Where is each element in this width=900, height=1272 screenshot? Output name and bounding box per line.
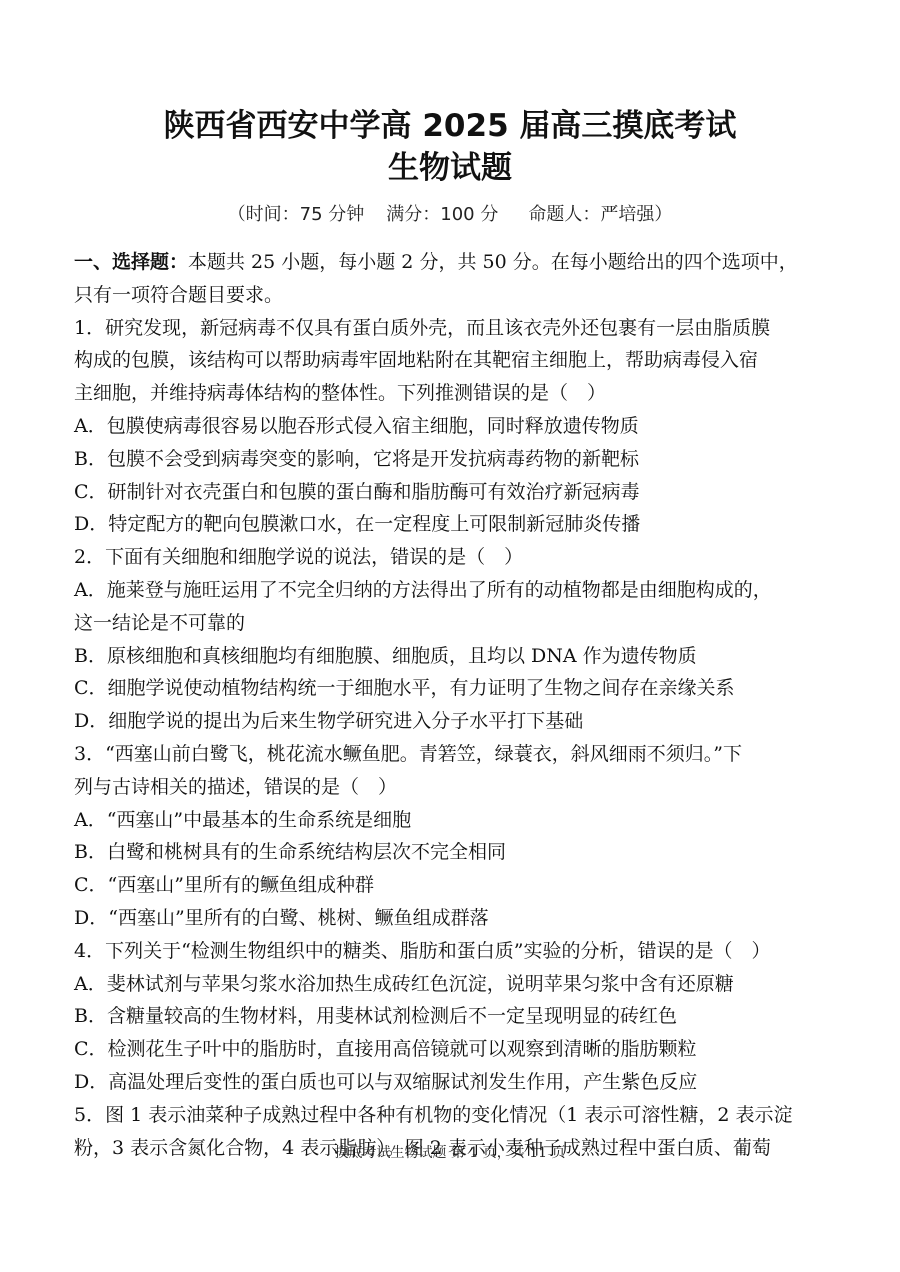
exam-meta: （时间：75 分钟满分：100 分命题人：严培强） bbox=[0, 200, 900, 226]
question-option: D．高温处理后变性的蛋白质也可以与双缩脲试剂发生作用，产生紫色反应 bbox=[74, 1066, 834, 1099]
question-option: C．“西塞山”里所有的鳜鱼组成种群 bbox=[74, 869, 834, 902]
question-stem: 列与古诗相关的描述，错误的是（ ） bbox=[74, 771, 834, 804]
page-footer: 摸底考试生物试题 第 1 页，共 11 页 bbox=[0, 1142, 900, 1162]
section-intro-line2: 只有一项符合题目要求。 bbox=[74, 279, 834, 312]
question-option: B．白鹭和桃树具有的生命系统结构层次不完全相同 bbox=[74, 836, 834, 869]
exam-subject-title: 生物试题 bbox=[0, 142, 900, 187]
question-option: C．细胞学说使动植物结构统一于细胞水平，有力证明了生物之间存在亲缘关系 bbox=[74, 672, 834, 705]
question-option: C．检测花生子叶中的脂肪时，直接用高倍镜就可以观察到清晰的脂肪颗粒 bbox=[74, 1033, 834, 1066]
question-option: D．细胞学说的提出为后来生物学研究进入分子水平打下基础 bbox=[74, 705, 834, 738]
question-option: C．研制针对衣壳蛋白和包膜的蛋白酶和脂肪酶可有效治疗新冠病毒 bbox=[74, 476, 834, 509]
question-option: B．含糖量较高的生物材料，用斐林试剂检测后不一定呈现明显的砖红色 bbox=[74, 1000, 834, 1033]
exam-author: 命题人：严培强） bbox=[528, 200, 672, 226]
question-stem: 5．图 1 表示油菜种子成熟过程中各种有机物的变化情况（1 表示可溶性糖，2 表… bbox=[74, 1099, 834, 1132]
section-intro-text: 本题共 25 小题，每小题 2 分，共 50 分。在每小题给出的四个选项中， bbox=[188, 251, 798, 273]
question-option: A．斐林试剂与苹果匀浆水浴加热生成砖红色沉淀，说明苹果匀浆中含有还原糖 bbox=[74, 968, 834, 1001]
question-stem: 1．研究发现，新冠病毒不仅具有蛋白质外壳，而且该衣壳外还包裹有一层由脂质膜 bbox=[74, 312, 834, 345]
section-heading: 一、选择题： bbox=[74, 251, 188, 273]
question-option: B．包膜不会受到病毒突变的影响，它将是开发抗病毒药物的新靶标 bbox=[74, 443, 834, 476]
exam-full-score: 满分：100 分 bbox=[386, 200, 498, 226]
exam-time: （时间：75 分钟 bbox=[228, 200, 365, 226]
question-stem: 2．下面有关细胞和细胞学说的说法，错误的是（ ） bbox=[74, 541, 834, 574]
question-stem: 3．“西塞山前白鹭飞，桃花流水鳜鱼肥。青箬笠，绿蓑衣，斜风细雨不须归。”下 bbox=[74, 738, 834, 771]
question-option: B．原核细胞和真核细胞均有细胞膜、细胞质，且均以 DNA 作为遗传物质 bbox=[74, 640, 834, 673]
question-option: D．特定配方的靶向包膜漱口水，在一定程度上可限制新冠肺炎传播 bbox=[74, 508, 834, 541]
section-intro: 一、选择题：本题共 25 小题，每小题 2 分，共 50 分。在每小题给出的四个… bbox=[74, 246, 834, 279]
question-option: D．“西塞山”里所有的白鹭、桃树、鳜鱼组成群落 bbox=[74, 902, 834, 935]
question-stem: 主细胞，并维持病毒体结构的整体性。下列推测错误的是（ ） bbox=[74, 377, 834, 410]
question-option: A．包膜使病毒很容易以胞吞形式侵入宿主细胞，同时释放遗传物质 bbox=[74, 410, 834, 443]
question-stem: 构成的包膜，该结构可以帮助病毒牢固地粘附在其靶宿主细胞上，帮助病毒侵入宿 bbox=[74, 344, 834, 377]
question-option: 这一结论是不可靠的 bbox=[74, 607, 834, 640]
question-option: A．“西塞山”中最基本的生命系统是细胞 bbox=[74, 804, 834, 837]
exam-page: 陕西省西安中学高 2025 届高三摸底考试 生物试题 （时间：75 分钟满分：1… bbox=[0, 0, 900, 1272]
exam-body: 一、选择题：本题共 25 小题，每小题 2 分，共 50 分。在每小题给出的四个… bbox=[74, 246, 834, 1164]
exam-title: 陕西省西安中学高 2025 届高三摸底考试 bbox=[0, 100, 900, 145]
question-stem: 4．下列关于“检测生物组织中的糖类、脂肪和蛋白质”实验的分析，错误的是（ ） bbox=[74, 935, 834, 968]
question-option: A．施莱登与施旺运用了不完全归纳的方法得出了所有的动植物都是由细胞构成的， bbox=[74, 574, 834, 607]
